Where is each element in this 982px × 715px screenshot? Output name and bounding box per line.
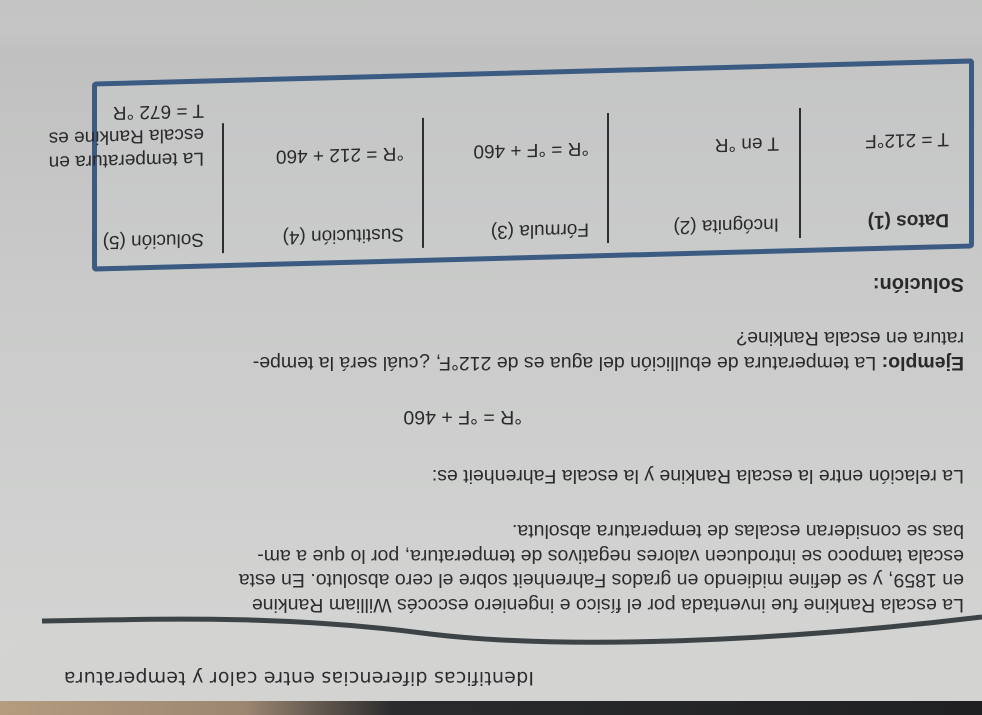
column-value: La temperatura en escala Rankine es T = … (49, 98, 204, 174)
section-title: Identificas diferencias entre calor y te… (64, 667, 534, 689)
column-solucion: Solución (5) La temperatura en escala Ra… (64, 101, 214, 253)
column-value: °R = °F + 460 (473, 136, 589, 163)
solution-line: escala Rankine es (49, 122, 204, 150)
column-header: Sustitución (4) (283, 222, 404, 247)
column-sustitucion: Sustitución (4) °R = 212 + 460 (224, 96, 414, 249)
column-header: Datos (1) (868, 208, 949, 232)
bleed-through-area (0, 0, 982, 55)
column-header: Fórmula (3) (491, 218, 589, 243)
intro-paragraph: La escala Rankine fue inventada por el f… (94, 519, 964, 617)
intro-line: escala tampoco se introducen valores neg… (94, 544, 964, 569)
column-header: Solución (5) (103, 228, 204, 253)
example-label: Ejemplo: (882, 352, 964, 374)
column-value: °R = 212 + 460 (276, 140, 404, 167)
column-divider (799, 108, 801, 238)
intro-line: La escala Rankine fue inventada por el f… (94, 593, 964, 618)
column-formula: Fórmula (3) °R = °F + 460 (429, 91, 599, 243)
column-header: Incógnita (2) (673, 213, 779, 238)
example-text-line1: La temperatura de ebullición del agua es… (253, 352, 882, 374)
photo-scene: Identificas diferencias entre calor y te… (0, 0, 982, 715)
solution-label: Solución: (873, 272, 964, 295)
column-divider (222, 123, 224, 253)
relation-text: La relación entre la escala Rankine y la… (432, 464, 964, 487)
column-value: T en °R (715, 131, 779, 157)
column-divider (422, 118, 424, 248)
rankine-formula: °R = °F + 460 (403, 405, 522, 428)
column-value: T = 212°F (865, 126, 949, 152)
solution-line: T = 672 °R (49, 98, 204, 126)
solution-line: La temperatura en (49, 146, 204, 174)
example-paragraph: Ejemplo: La temperatura de ebullición de… (64, 325, 964, 375)
solution-table: Datos (1) T = 212°F Incógnita (2) T en °… (92, 58, 974, 271)
column-divider (607, 113, 609, 243)
intro-line: en 1859, y se define midiendo en grados … (94, 568, 964, 593)
column-incognita: Incógnita (2) T en °R (609, 86, 789, 239)
example-text-line2: ratura en escala Rankine? (736, 327, 964, 349)
textbook-page: Identificas diferencias entre calor y te… (0, 0, 982, 715)
intro-line: bas se consideran escalas de temperatura… (94, 519, 964, 544)
column-datos: Datos (1) T = 212°F (809, 82, 959, 234)
